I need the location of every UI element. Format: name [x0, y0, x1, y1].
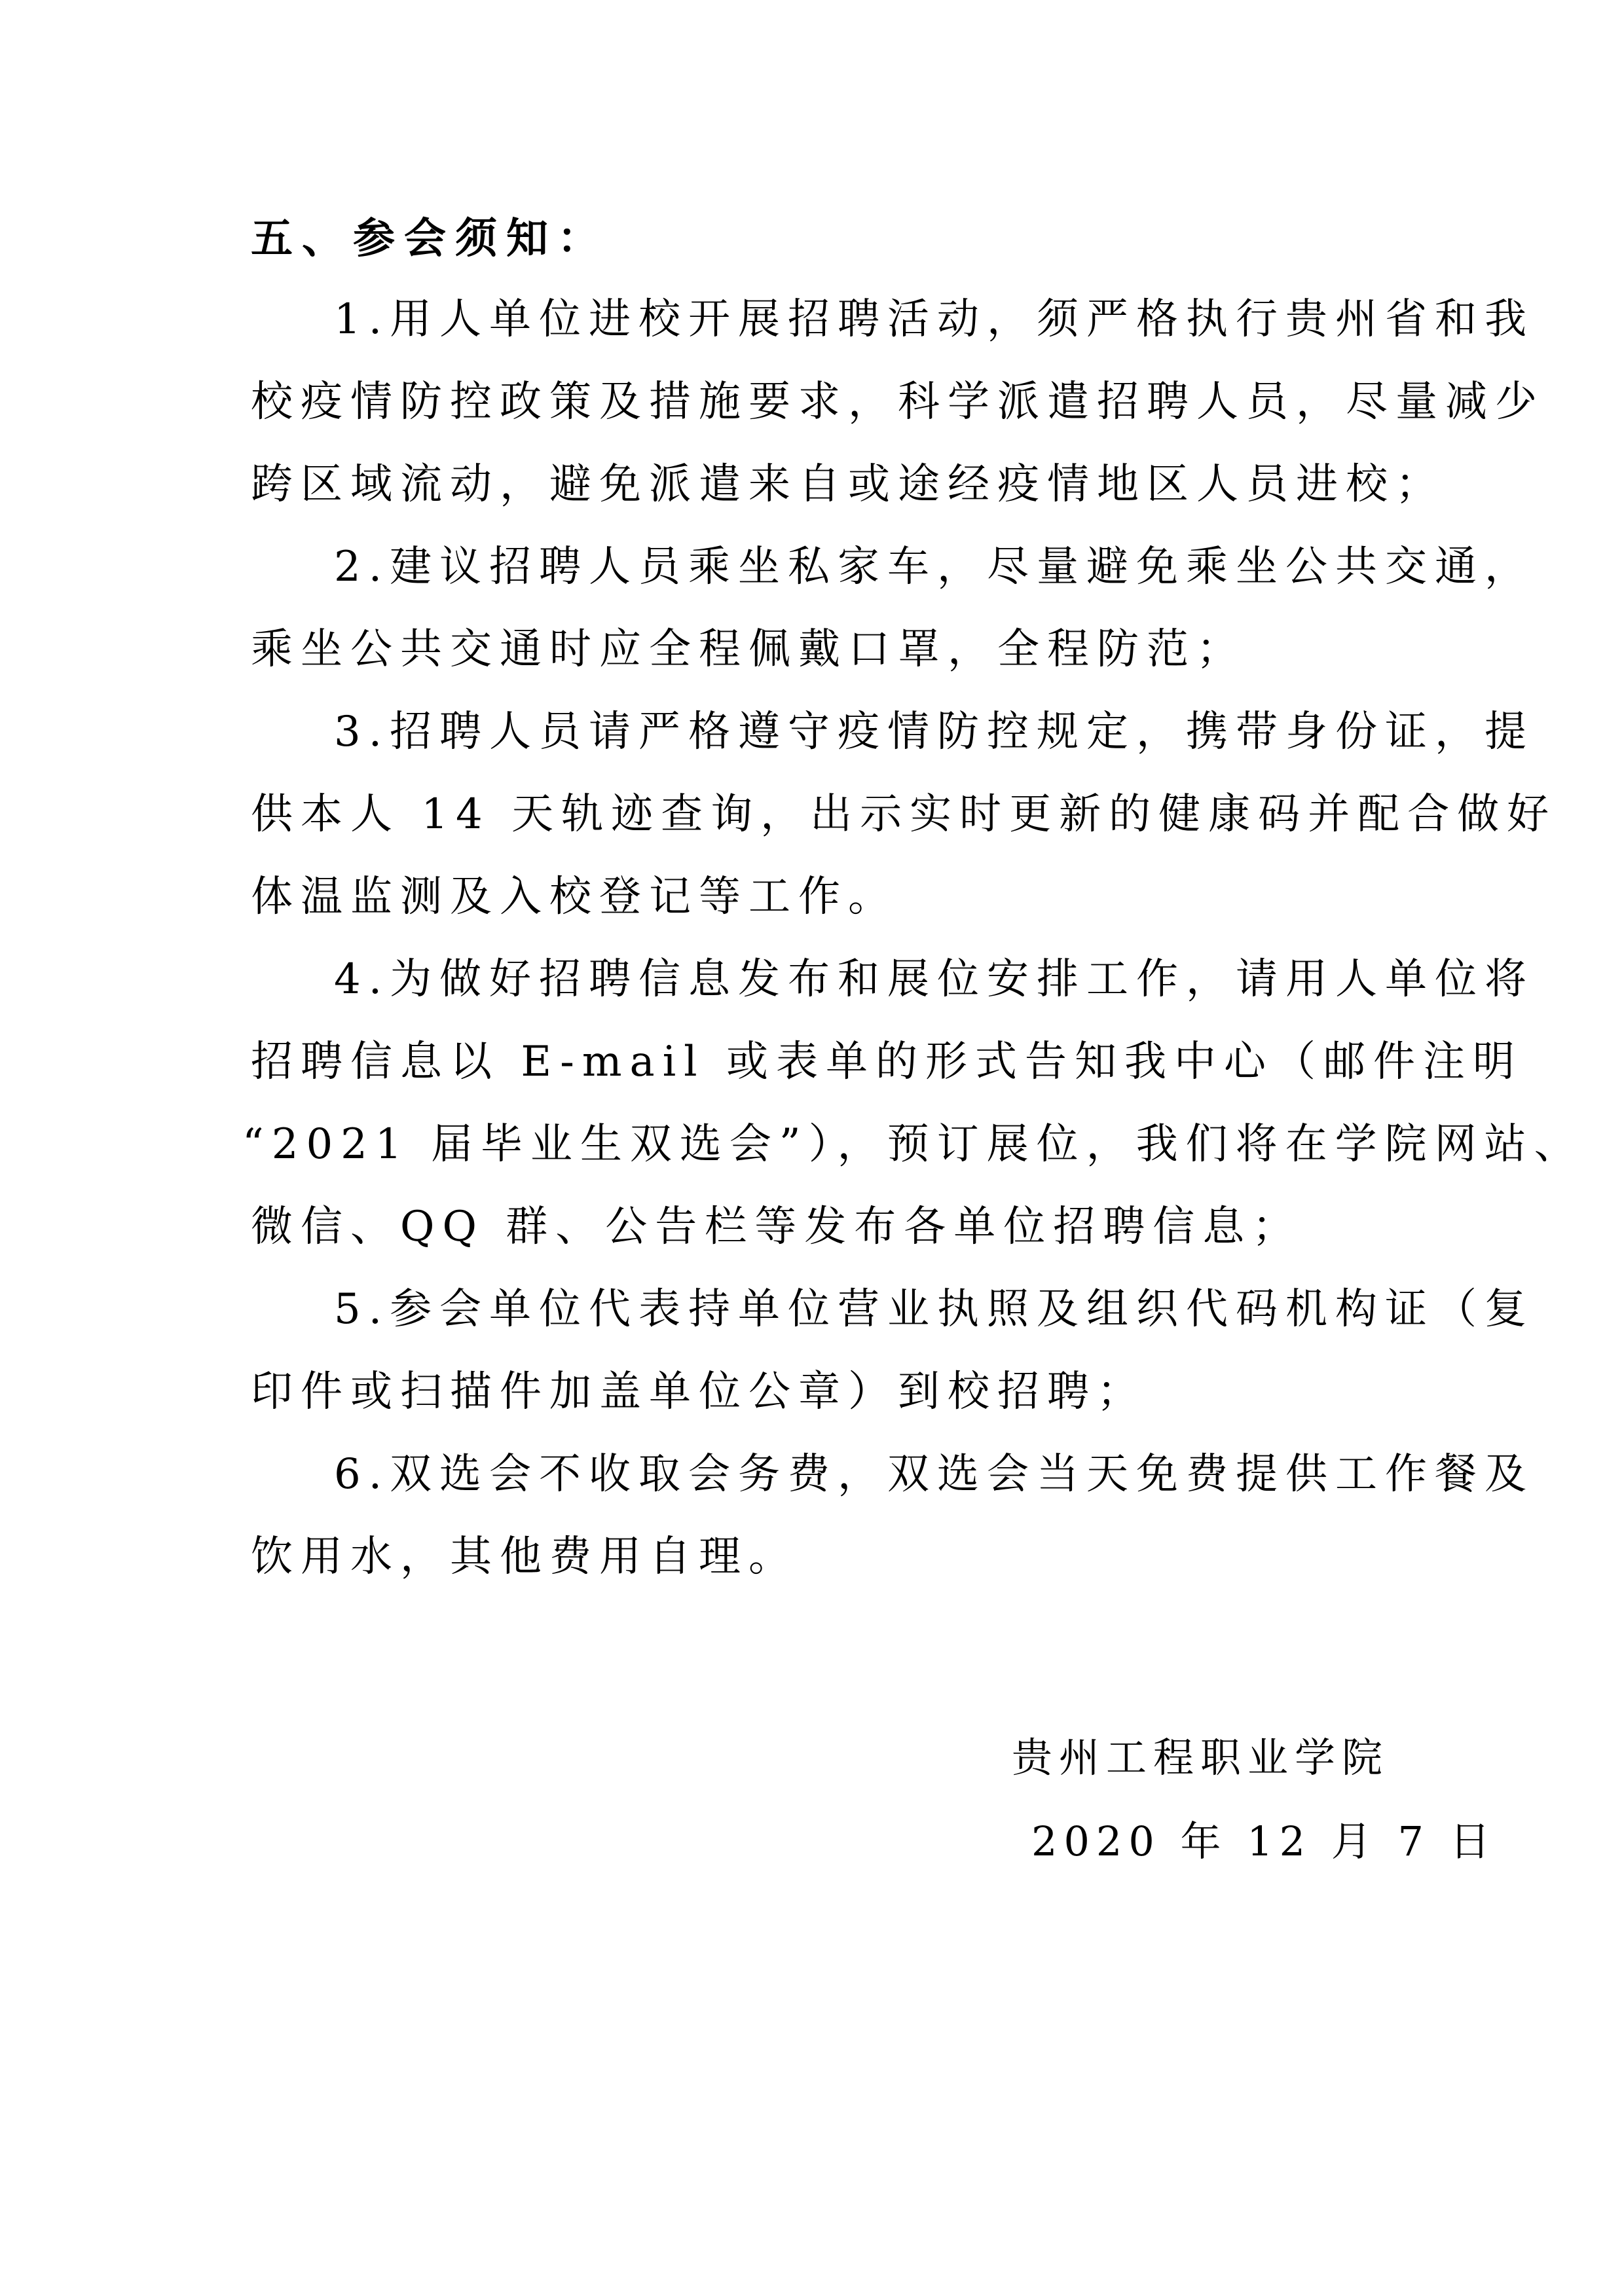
item-3-line-2: 供本人 14 天轨迹查询，出示实时更新的健康码并配合做好	[251, 788, 1384, 841]
item-5-line-1: 5.参会单位代表持单位营业执照及组织代码机构证（复	[334, 1283, 1467, 1336]
item-1-line-2: 校疫情防控政策及措施要求，科学派遣招聘人员，尽量减少	[251, 376, 1384, 428]
item-4-line-1: 4.为做好招聘信息发布和展位安排工作，请用人单位将	[334, 953, 1467, 1006]
item-5-line-2: 印件或扫描件加盖单位公章）到校招聘；	[251, 1366, 1384, 1418]
item-6-line-2: 饮用水，其他费用自理。	[251, 1531, 1384, 1583]
item-4-line-3: “2021 届毕业生双选会”），预订展位，我们将在学院网站、	[242, 1118, 1375, 1171]
section-heading: 五、参会须知：	[251, 213, 1384, 265]
item-1-line-1: 1.用人单位进校开展招聘活动，须严格执行贵州省和我	[334, 293, 1467, 346]
item-6-line-1: 6.双选会不收取会务费，双选会当天免费提供工作餐及	[334, 1448, 1467, 1501]
item-2-line-1: 2.建议招聘人员乘坐私家车，尽量避免乘坐公共交通，	[334, 541, 1467, 593]
signature-date: 2020 年 12 月 7 日	[1031, 1815, 1497, 1868]
item-2-line-2: 乘坐公共交通时应全程佩戴口罩，全程防范；	[251, 623, 1384, 676]
item-3-line-3: 体温监测及入校登记等工作。	[251, 871, 1384, 923]
item-4-line-2: 招聘信息以 E-mail 或表单的形式告知我中心（邮件注明	[251, 1036, 1384, 1088]
document-page: 五、参会须知： 1.用人单位进校开展招聘活动，须严格执行贵州省和我 校疫情防控政…	[0, 0, 1624, 2296]
item-4-line-4: 微信、QQ 群、公告栏等发布各单位招聘信息；	[251, 1201, 1384, 1253]
item-3-line-1: 3.招聘人员请严格遵守疫情防控规定，携带身份证，提	[334, 706, 1467, 758]
signature-organization: 贵州工程职业学院	[1012, 1732, 1389, 1784]
item-1-line-3: 跨区域流动，避免派遣来自或途经疫情地区人员进校；	[251, 458, 1384, 511]
